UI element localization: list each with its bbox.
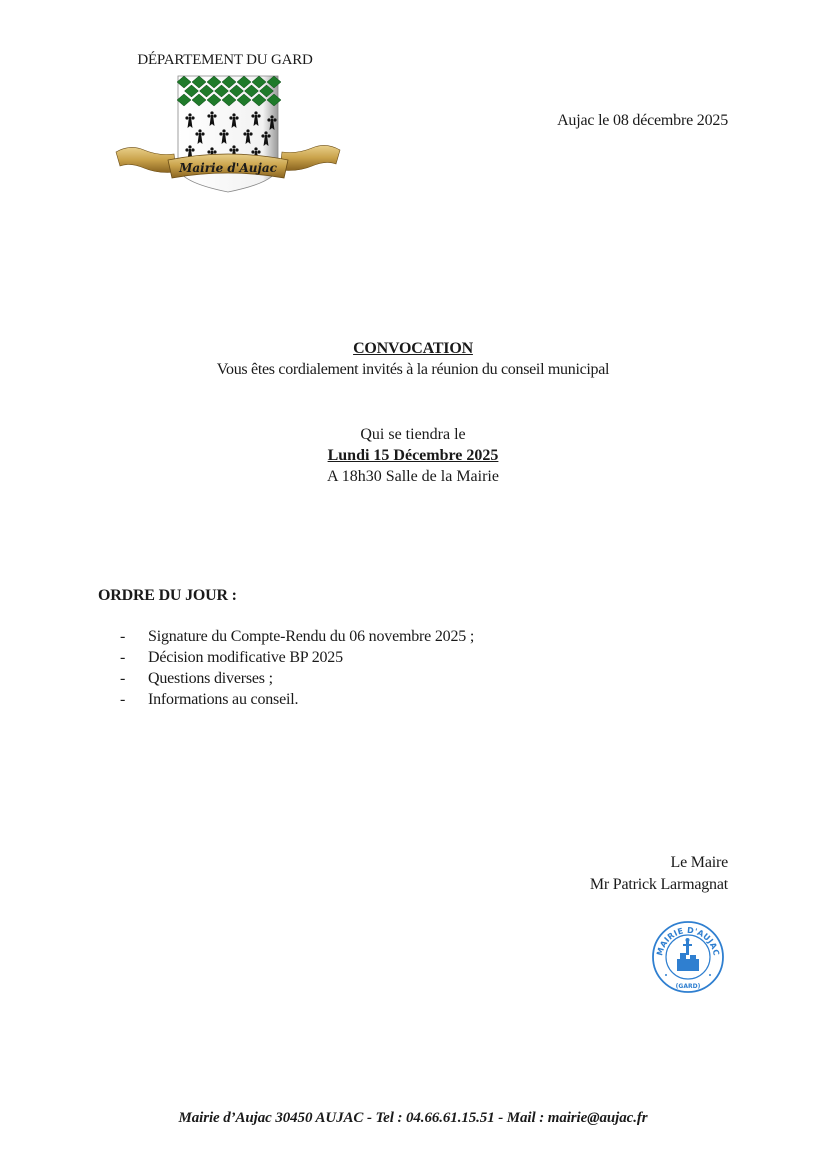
agenda-item-text: Décision modificative BP 2025 (148, 647, 343, 668)
signature-role: Le Maire (590, 852, 728, 874)
coat-of-arms-icon: Mairie d'Aujac (114, 74, 342, 196)
signature-name: Mr Patrick Larmagnat (590, 874, 728, 896)
svg-text:(GARD): (GARD) (676, 983, 701, 990)
agenda-item: -Questions diverses ; (120, 668, 474, 689)
agenda-item: -Signature du Compte-Rendu du 06 novembr… (120, 626, 474, 647)
agenda-list: -Signature du Compte-Rendu du 06 novembr… (120, 626, 474, 710)
footer-contact: Mairie d’Aujac 30450 AUJAC - Tel : 04.66… (0, 1110, 826, 1127)
bullet-dash: - (120, 689, 148, 710)
agenda-item-text: Signature du Compte-Rendu du 06 novembre… (148, 626, 474, 647)
department-heading: DÉPARTEMENT DU GARD (118, 52, 332, 69)
svg-text:Mairie d'Aujac: Mairie d'Aujac (178, 161, 278, 175)
agenda-item: -Informations au conseil. (120, 689, 474, 710)
meeting-date: Lundi 15 Décembre 2025 (0, 445, 826, 466)
meeting-intro: Qui se tiendra le (0, 424, 826, 445)
bullet-dash: - (120, 647, 148, 668)
bullet-dash: - (120, 626, 148, 647)
official-stamp-icon: MAIRIE D'AUJAC (GARD) (650, 919, 726, 995)
meeting-time-place: A 18h30 Salle de la Mairie (0, 466, 826, 487)
agenda-item-text: Informations au conseil. (148, 689, 298, 710)
signature-block: Le Maire Mr Patrick Larmagnat (590, 852, 728, 896)
meeting-details: Qui se tiendra le Lundi 15 Décembre 2025… (0, 424, 826, 487)
date-line: Aujac le 08 décembre 2025 (557, 112, 728, 130)
bullet-dash: - (120, 668, 148, 689)
agenda-title: ORDRE DU JOUR : (98, 587, 237, 605)
agenda-item-text: Questions diverses ; (148, 668, 273, 689)
document-page: DÉPARTEMENT DU GARD Mairie d'Aujac Aujac (0, 0, 826, 1169)
agenda-item: -Décision modificative BP 2025 (120, 647, 474, 668)
convocation-title: CONVOCATION (0, 340, 826, 358)
invitation-text: Vous êtes cordialement invités à la réun… (0, 361, 826, 379)
